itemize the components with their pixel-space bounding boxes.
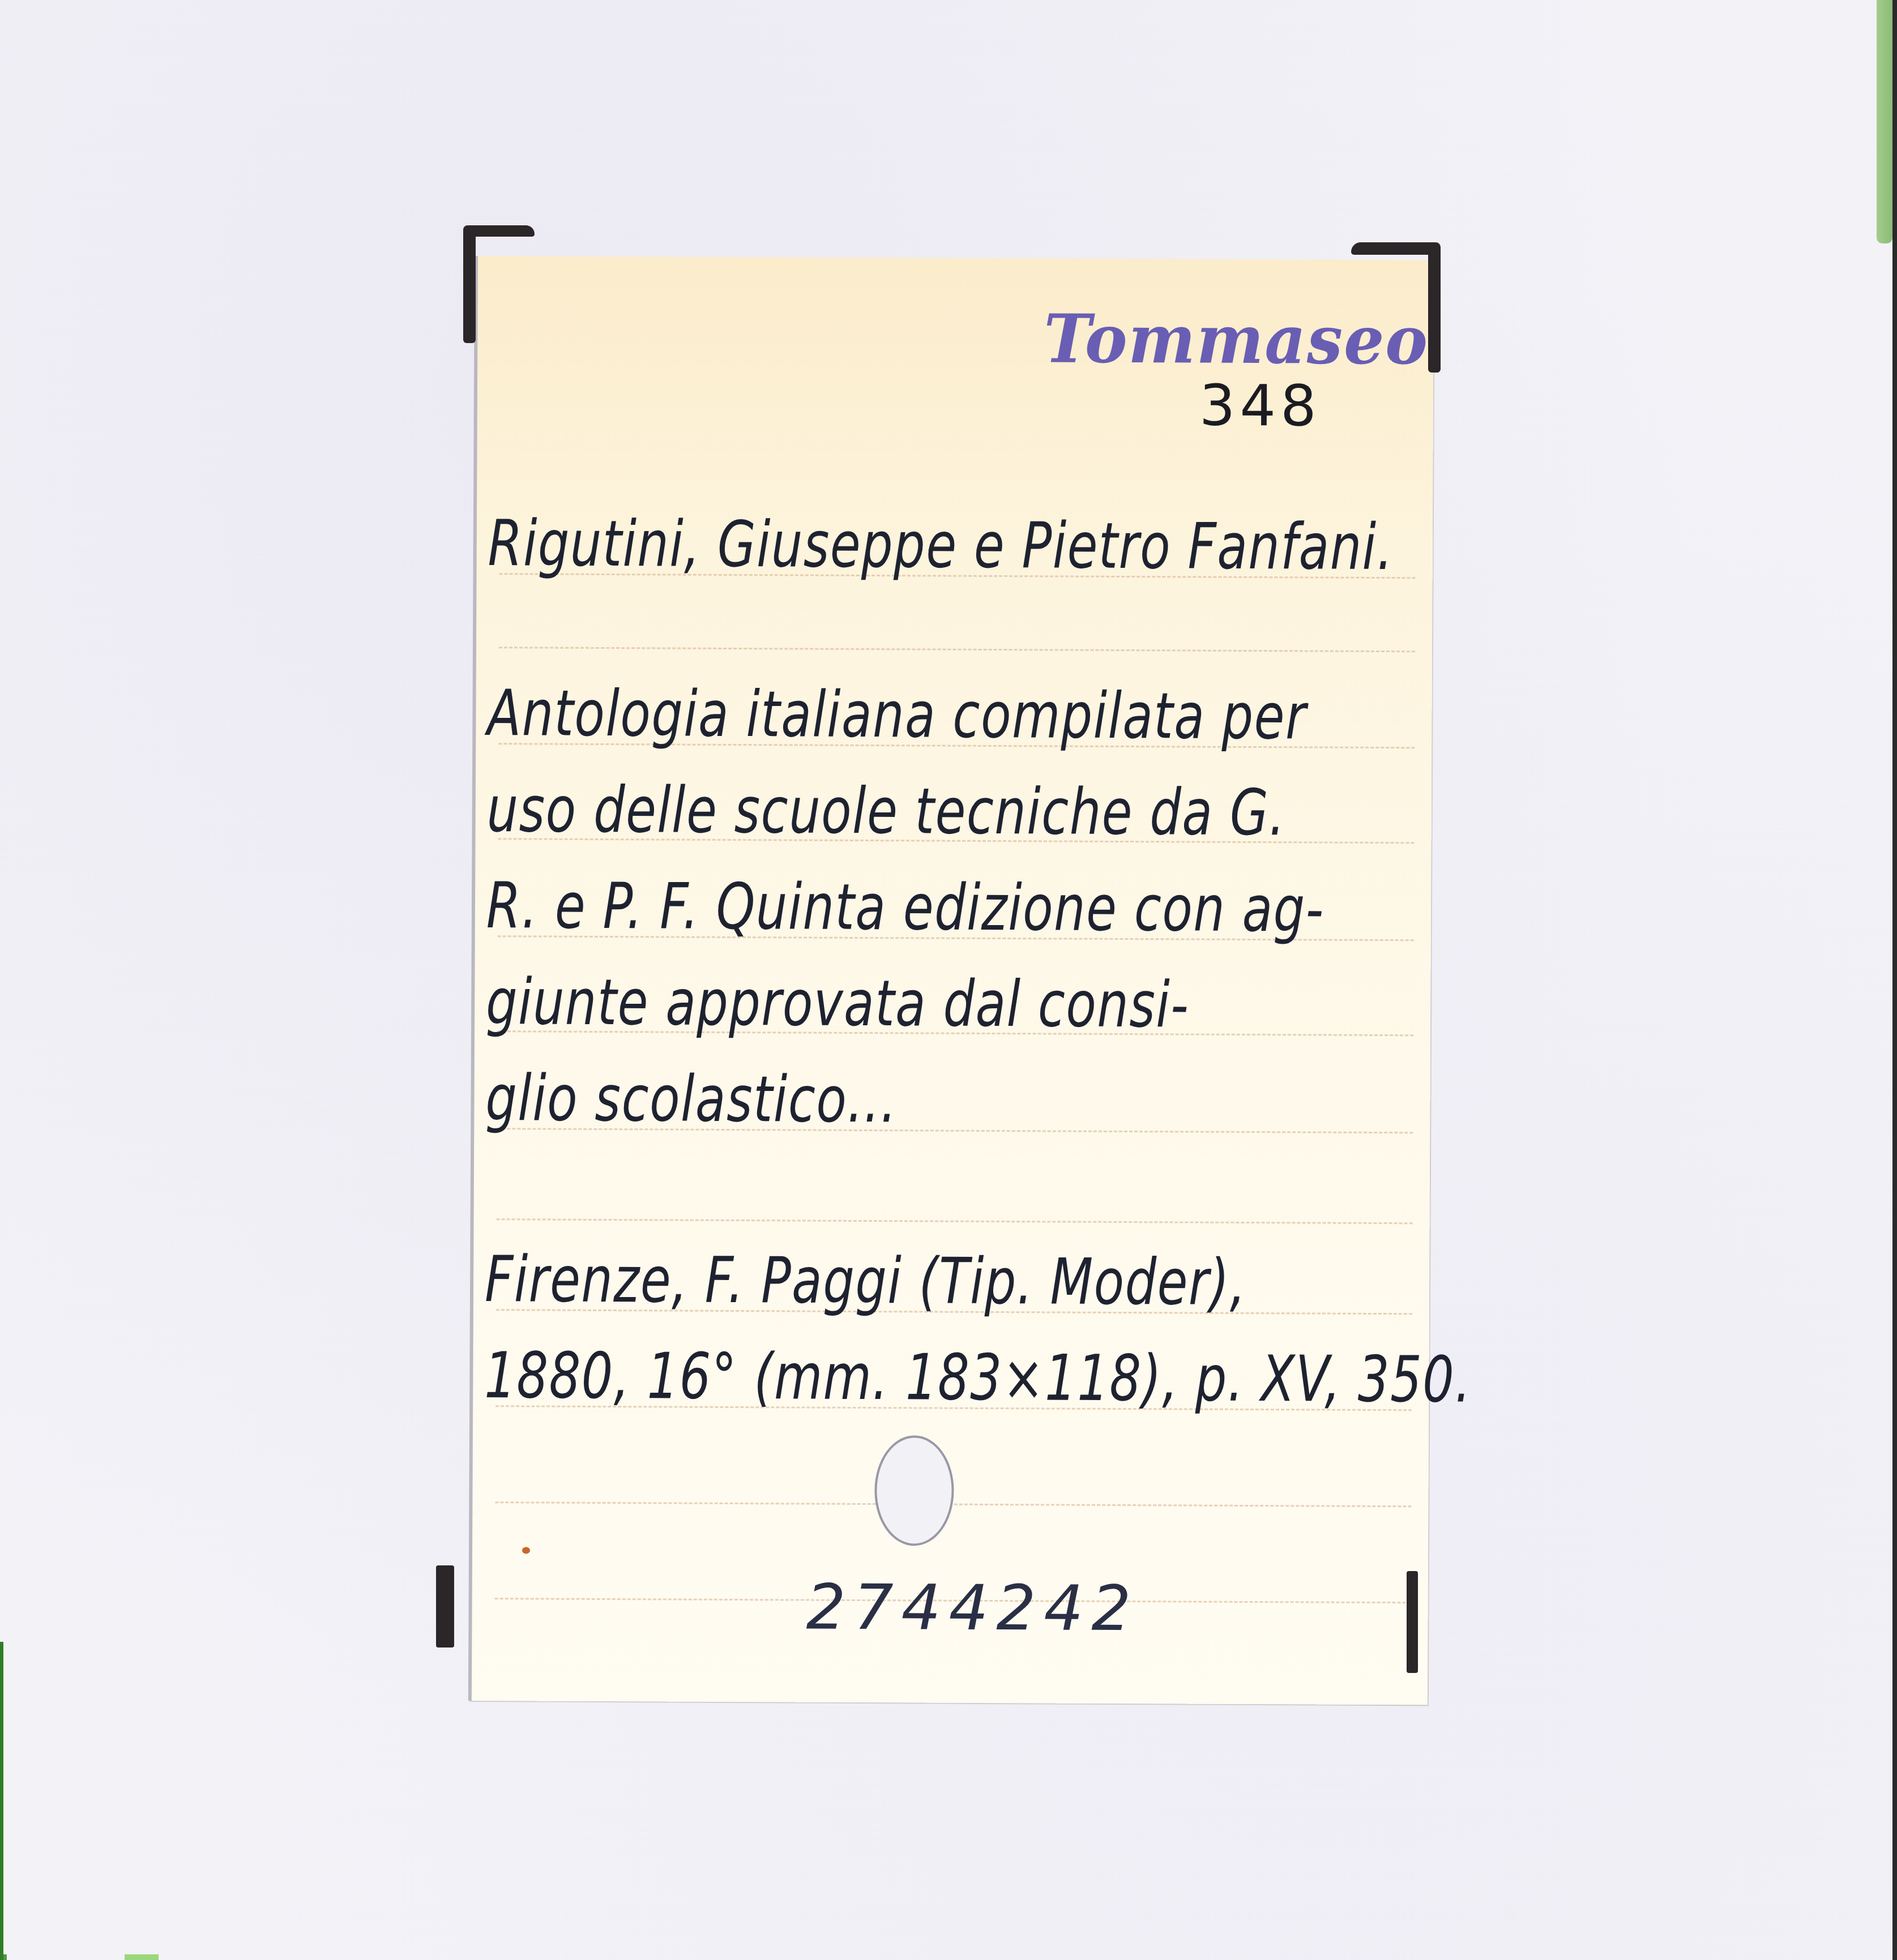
green-mount-edge-bottom (0, 1954, 1897, 1960)
ink-stain (522, 1547, 530, 1554)
title-line: R. e P. F. Quinta edizione con ag- (486, 874, 1325, 941)
corner-clip-icon (463, 231, 476, 343)
title-line: Antologia italiana compilata per (487, 682, 1307, 748)
imprint-line: 1880, 16° (mm. 183×118), p. XV, 350. (484, 1344, 1472, 1412)
green-mount-edge-left (0, 1642, 3, 1960)
corner-clip-icon (463, 225, 535, 237)
scan-border-edge (1892, 0, 1897, 1960)
ruled-line (497, 1218, 1413, 1224)
collection-stamp: Tommaseo (1044, 299, 1429, 379)
imprint-line: Firenze, F. Paggi (Tip. Moder), (485, 1248, 1247, 1315)
author-heading: Rigutini, Giuseppe e Pietro Fanfani. (488, 512, 1394, 579)
shelf-number: 348 (1199, 373, 1321, 439)
ruled-line (495, 1501, 1411, 1507)
title-line: giunte approvata dal consi- (486, 970, 1190, 1037)
title-line: glio scolastico... (485, 1067, 897, 1132)
corner-clip-icon (436, 1565, 454, 1647)
punch-hole (874, 1435, 954, 1546)
catalog-index-card: Tommaseo 348 Rigutini, Giuseppe e Pietro… (468, 256, 1434, 1705)
corner-clip-icon (1428, 249, 1441, 373)
corner-clip-icon (1407, 1571, 1418, 1673)
corner-clip-icon (1351, 242, 1441, 255)
green-mount-edge (1877, 0, 1892, 243)
title-line: uso delle scuole tecniche da G. (486, 778, 1285, 845)
inventory-number: 2744242 (806, 1571, 1139, 1645)
ruled-line (499, 647, 1415, 652)
